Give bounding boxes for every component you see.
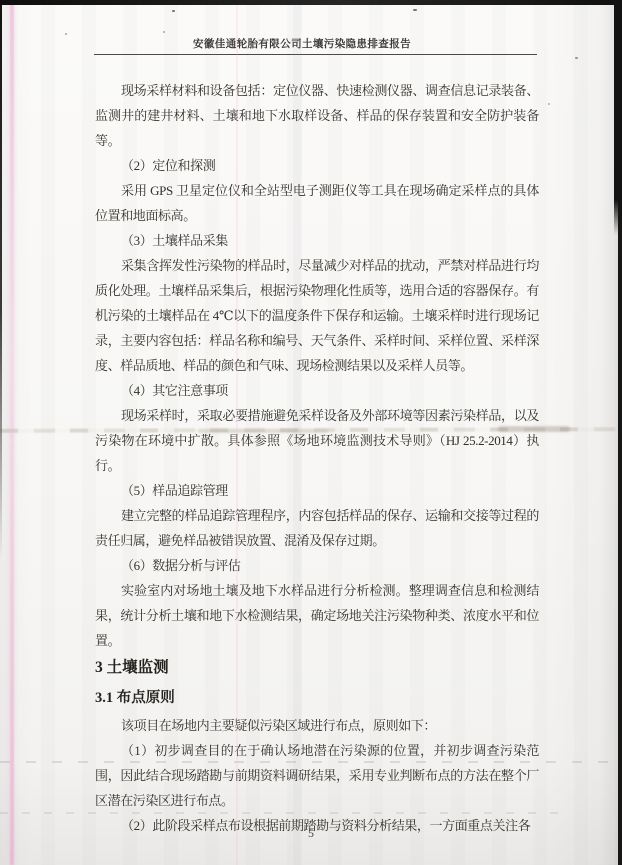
body-paragraph: 采用 GPS 卫星定位仪和全站型电子测距仪等工具在现场确定采样点的具体位置和地面…: [95, 178, 539, 228]
scan-speck: [172, 10, 175, 12]
body-paragraph: （1）初步调查目的在于确认场地潜在污染源的位置，并初步调查污染范围，因此结合现场…: [95, 738, 539, 813]
body-paragraph: 现场采样材料和设备包括：定位仪器、快速检测仪器、调查信息记录装备、监测井的建井材…: [95, 78, 539, 153]
section-heading: 3 土壤监测: [95, 653, 539, 683]
body-paragraph: 实验室内对场地土壤及地下水样品进行分析检测。整理调查信息和检测结果，统计分析土壤…: [95, 578, 539, 653]
subsection-heading: 3.1 布点原则: [95, 683, 539, 713]
scan-dashed-artifact: [0, 761, 622, 763]
body-paragraph: 该项目在场地内主要疑似污染区域进行布点，原则如下：: [95, 713, 539, 738]
header-divider-line: [94, 54, 537, 55]
list-item-heading: （4）其它注意事项: [95, 378, 539, 403]
body-paragraph: 现场采样时，采取必要措施避免采样设备及外部环境等因素污染样品，以及污染物在环境中…: [95, 403, 539, 478]
page-number: 5: [0, 826, 622, 841]
scan-smudge-blob: [498, 426, 570, 432]
scan-speck: [163, 31, 165, 33]
scan-speck: [548, 103, 550, 105]
scan-speck: [575, 57, 578, 59]
list-item-heading: （2）定位和探测: [95, 153, 539, 178]
report-header-title: 安徽佳通轮胎有限公司土壤污染隐患排查报告: [81, 36, 523, 51]
scan-edge-left: [0, 0, 2, 560]
scan-speck: [413, 9, 417, 11]
scanned-report-page: 安徽佳通轮胎有限公司土壤污染隐患排查报告 现场采样材料和设备包括：定位仪器、快速…: [0, 0, 622, 865]
body-paragraph: 建立完整的样品追踪管理程序，内容包括样品的保存、运输和交接等过程的责任归属，避免…: [95, 503, 539, 553]
list-item-heading: （3）土壤样品采集: [95, 228, 539, 253]
scan-speck: [65, 33, 67, 35]
scan-edge-right-top: [614, 0, 622, 235]
page-body: 现场采样材料和设备包括：定位仪器、快速检测仪器、调查信息记录装备、监测井的建井材…: [95, 78, 539, 838]
list-item-heading: （6）数据分析与评估: [95, 553, 539, 578]
list-item-heading: （5）样品追踪管理: [95, 478, 539, 503]
scan-pink-streak: [236, 0, 238, 865]
scan-pink-streak: [10, 0, 14, 865]
scan-edge-top: [0, 0, 622, 5]
body-paragraph: 采集含挥发性污染物的样品时，尽量减少对样品的扰动，严禁对样品进行均质化处理。土壤…: [95, 253, 539, 378]
scan-dotted-artifact: [0, 812, 560, 814]
scan-smudge-blob: [198, 429, 328, 433]
scan-gray-band: [293, 0, 302, 865]
